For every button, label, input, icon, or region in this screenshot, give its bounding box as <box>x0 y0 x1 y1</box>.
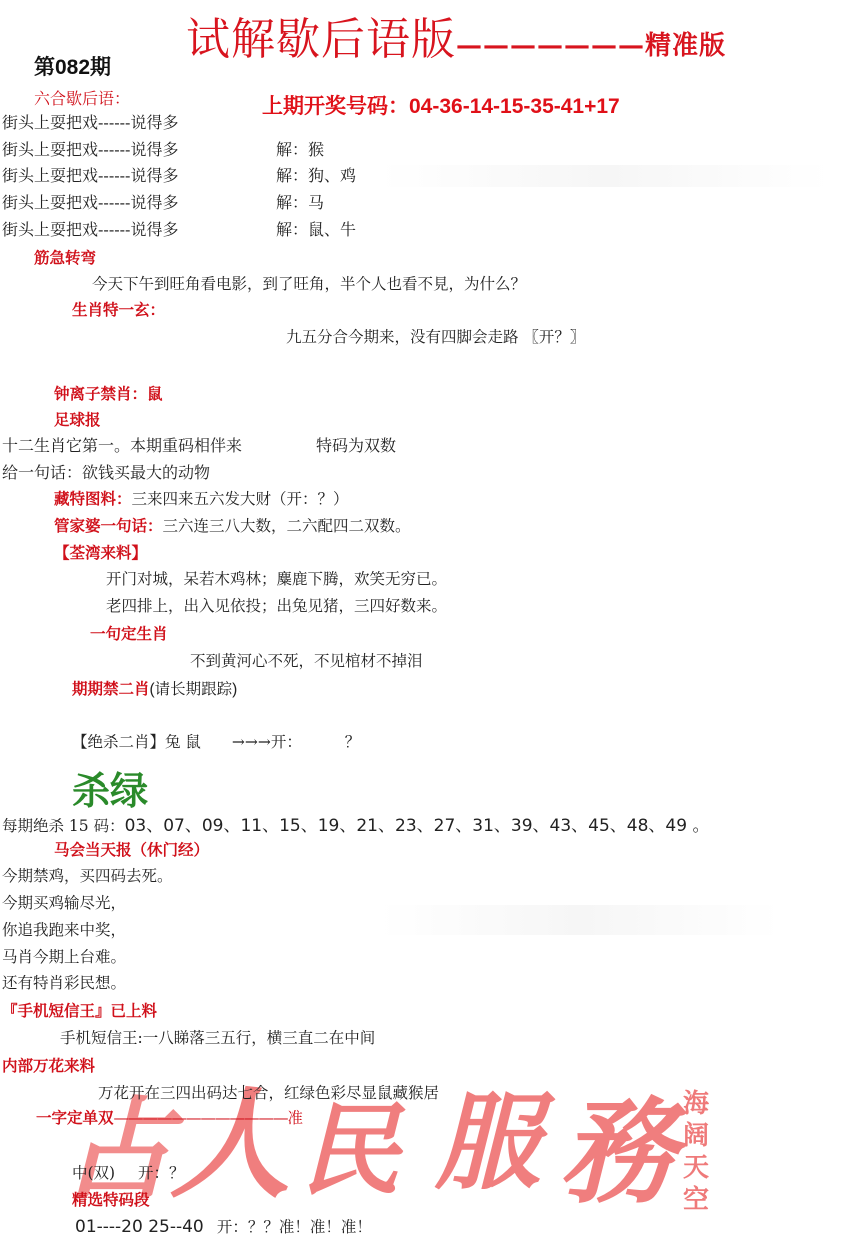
background-band <box>380 165 830 187</box>
sms-king-text: 手机短信王:一八睇落三五行，横三直二在中间 <box>60 1026 375 1048</box>
title-suffix: ———————精准版 <box>456 31 726 61</box>
watermark-small-char: 阔 <box>680 1120 712 1152</box>
quanwan-line: 老四排上，出入见依投；出兔见猪，三四好数来。 <box>106 594 447 616</box>
odd-even-label: 一字定单双 <box>36 1108 114 1127</box>
hidden-chart: 藏特图料：三来四来五六发大财（开：？） <box>54 487 349 509</box>
kill-two: 【绝杀二肖】兔 鼠 →→→开： ？ <box>72 730 360 752</box>
football-line: 给一句话：欲钱买最大的动物 <box>2 460 210 483</box>
hidden-chart-text: 三来四来五六发大财（开：？） <box>132 490 349 508</box>
kill-15-numbers: 03、07、09、11、15、19、21、23、27、31、39、43、45、4… <box>125 816 710 836</box>
odd-even-suffix: 准 <box>288 1109 304 1127</box>
special-range: 01----20 25--40 开：？？准！准！准！ <box>75 1215 372 1237</box>
football-line: 十二生肖它第一。本期重码相伴来 <box>2 433 242 456</box>
brain-teaser-text: 今天下午到旺角看电影，到了旺角，半个人也看不見，为什么？ <box>92 272 526 294</box>
kill-two-label: 【绝杀二肖】兔 鼠 <box>72 733 201 751</box>
watermark-small-char: 空 <box>680 1184 712 1216</box>
xiehouyu-answer: 解：猴 <box>276 137 324 160</box>
horse-report-line: 今期禁鸡，买四码去死。 <box>2 864 173 886</box>
housekeeper-text: 三六连三八大数，二六配四二双数。 <box>163 517 411 535</box>
xiehouyu-riddle: 街头上耍把戏------说得多 <box>2 190 178 213</box>
odd-even: 一字定单双————————————准 <box>36 1106 303 1128</box>
housekeeper-label: 管家婆一句话： <box>54 516 163 535</box>
xiehouyu-riddle: 街头上耍把戏------说得多 <box>2 217 178 240</box>
background-band <box>380 905 780 935</box>
kill-15: 每期绝杀 15 码：03、07、09、11、15、19、21、23、27、31、… <box>2 811 709 836</box>
odd-even-result-value: 中(双) <box>72 1164 115 1182</box>
last-draw-numbers: 上期开奖号码：04-36-14-15-35-41+17 <box>262 90 620 120</box>
brain-teaser-heading: 筋急转弯 <box>34 246 96 268</box>
horse-report-line: 马肖今期上台难。 <box>2 945 126 967</box>
special-range-values: 01----20 25--40 <box>75 1217 204 1237</box>
watermark-vertical: 海 阔 天 空 <box>680 1088 712 1216</box>
zhongli-ban: 钟离子禁肖：鼠 <box>54 382 163 404</box>
title-text: 试解歇后语版 <box>186 14 456 65</box>
xiehouyu-answer: 解：马 <box>276 190 324 213</box>
football-line-right: 特码为双数 <box>316 433 396 456</box>
watermark-small-char: 海 <box>680 1088 712 1120</box>
watermark-char: 民 <box>300 1100 400 1200</box>
hidden-chart-label: 藏特图料： <box>54 489 132 508</box>
special-range-open: 开：？？准！准！准！ <box>217 1218 372 1236</box>
page-title: 试解歇后语版———————精准版 <box>186 14 726 72</box>
horse-report-heading: 马会当天报（休门经） <box>54 838 209 860</box>
watermark-char: 務 <box>560 1095 675 1210</box>
housekeeper: 管家婆一句话：三六连三八大数，二六配四二双数。 <box>54 514 411 536</box>
kill-two-arrow: →→→开： <box>232 733 302 751</box>
horse-report-line: 你追我跑来中奖， <box>2 918 126 940</box>
sms-king-heading: 『手机短信王』已上料 <box>2 999 157 1021</box>
issue-number: 第082期 <box>34 51 111 81</box>
wanhua-text: 万花开在三四出码达七合，红绿色彩尽显鼠藏猴居 <box>98 1081 439 1103</box>
one-sentence-heading: 一句定生肖 <box>90 622 168 644</box>
odd-even-open: 开：？ <box>138 1164 185 1182</box>
football-heading: 足球报 <box>54 408 101 430</box>
watermark-char: 服 <box>435 1090 540 1195</box>
kill-two-result: ？ <box>345 733 361 751</box>
kill-green-title: 杀绿 <box>72 760 148 815</box>
kill-15-label: 每期绝杀 15 码： <box>2 817 125 835</box>
horse-report-line: 今期买鸡输尽光， <box>2 891 126 913</box>
quanwan-line: 开门对城，呆若木鸡林；麋鹿下腾，欢笑无穷已。 <box>106 567 447 589</box>
xiehouyu-riddle: 街头上耍把戏------说得多 <box>2 110 178 133</box>
last-draw-value: 04-36-14-15-35-41+17 <box>409 95 620 118</box>
xiehouyu-heading: 六合歇后语： <box>34 86 130 109</box>
horse-report-line: 还有特肖彩民想。 <box>2 971 126 993</box>
ban-two: 期期禁二肖(请长期跟踪) <box>72 677 237 699</box>
xiehouyu-answer: 解：鼠、牛 <box>276 217 356 240</box>
quanwan-heading: 【荃湾来料】 <box>54 541 147 563</box>
xiehouyu-riddle: 街头上耍把戏------说得多 <box>2 163 178 186</box>
watermark-small-char: 天 <box>680 1152 712 1184</box>
xiehouyu-riddle: 街头上耍把戏------说得多 <box>2 137 178 160</box>
zodiac-mystery-text: 九五分合今期来，没有四脚会走路 〖开？〗 <box>286 325 585 347</box>
special-range-heading: 精选特码段 <box>72 1188 150 1210</box>
zodiac-mystery-heading: 生肖特一玄： <box>72 298 165 320</box>
ban-two-note: (请长期跟踪) <box>150 681 238 698</box>
watermark-char: 人 <box>170 1085 290 1205</box>
one-sentence-text: 不到黄河心不死，不见棺材不掉泪 <box>190 649 423 671</box>
odd-even-dashes: ———————————— <box>114 1109 288 1127</box>
last-draw-label: 上期开奖号码： <box>262 95 409 118</box>
wanhua-heading: 内部万花来料 <box>2 1054 95 1076</box>
ban-two-heading: 期期禁二肖 <box>72 679 150 698</box>
odd-even-result: 中(双) 开：？ <box>72 1161 185 1183</box>
xiehouyu-answer: 解：狗、鸡 <box>276 163 356 186</box>
